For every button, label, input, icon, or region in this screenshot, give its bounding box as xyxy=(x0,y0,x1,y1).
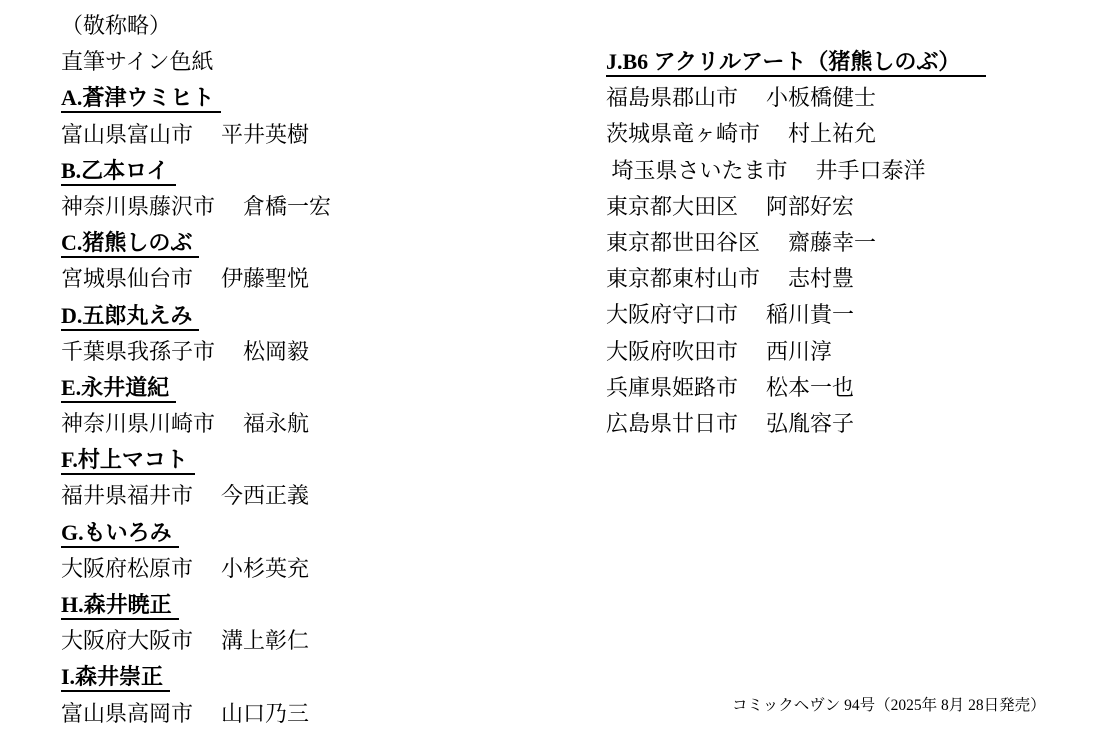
winner-name: 伊藤聖悦 xyxy=(221,266,309,291)
winner-place: 兵庫県姫路市 xyxy=(606,375,738,400)
winner-name: 今西正義 xyxy=(221,483,309,508)
prize-header-row: G.もいろみ xyxy=(61,515,331,551)
winner-name: 井手口泰洋 xyxy=(816,158,926,183)
winner-row: 大阪府守口市稲川貴一 xyxy=(606,297,986,333)
winner-place: 埼玉県さいたま市 xyxy=(606,158,788,183)
prize-header-row: C.猪熊しのぶ xyxy=(61,225,331,261)
acrylic-art-prize-label: J.B6 アクリルアート（猪熊しのぶ） xyxy=(606,48,986,77)
signed-shikishi-list: A.蒼津ウミヒト 富山県富山市平井英樹 B.乙本ロイ 神奈川県藤沢市倉橋一宏 C… xyxy=(61,80,331,731)
winner-place: 富山県富山市 xyxy=(61,122,193,147)
winner-row: 大阪府吹田市西川淳 xyxy=(606,334,986,370)
honorifics-note: （敬称略） xyxy=(61,8,331,44)
prize-label: I.森井崇正 xyxy=(61,663,170,692)
winner-row: 広島県廿日市弘胤容子 xyxy=(606,406,986,442)
winner-place: 福島県郡山市 xyxy=(606,85,738,110)
acrylic-art-header-row: J.B6 アクリルアート（猪熊しのぶ） xyxy=(606,44,986,80)
winner-place: 神奈川県藤沢市 xyxy=(61,194,215,219)
prize-header-row: D.五郎丸えみ xyxy=(61,298,331,334)
winner-row: 福島県郡山市小板橋健士 xyxy=(606,80,986,116)
prize-header-row: B.乙本ロイ xyxy=(61,153,331,189)
winner-row: 富山県高岡市山口乃三 xyxy=(61,696,331,732)
winner-row: 大阪府大阪市溝上彰仁 xyxy=(61,623,331,659)
prize-label: C.猪熊しのぶ xyxy=(61,229,199,258)
winner-name: 平井英樹 xyxy=(221,122,309,147)
magazine-issue-note: コミックヘヴン 94号（2025年 8月 28日発売） xyxy=(732,695,1046,717)
winner-place: 東京都大田区 xyxy=(606,194,738,219)
winner-row: 千葉県我孫子市松岡毅 xyxy=(61,334,331,370)
winner-row: 福井県福井市今西正義 xyxy=(61,478,331,514)
winner-row: 兵庫県姫路市松本一也 xyxy=(606,370,986,406)
prize-label: E.永井道紀 xyxy=(61,374,176,403)
winner-place: 神奈川県川崎市 xyxy=(61,411,215,436)
winner-name: 志村豊 xyxy=(788,266,854,291)
prize-header-row: I.森井崇正 xyxy=(61,659,331,695)
winner-name: 村上祐允 xyxy=(788,121,876,146)
prize-label: G.もいろみ xyxy=(61,519,179,548)
prize-header-row: H.森井暁正 xyxy=(61,587,331,623)
prize-label: A.蒼津ウミヒト xyxy=(61,84,221,113)
winner-row: 茨城県竜ヶ崎市村上祐允 xyxy=(606,116,986,152)
winner-name: 倉橋一宏 xyxy=(243,194,331,219)
winner-place: 富山県高岡市 xyxy=(61,701,193,726)
winner-place: 東京都世田谷区 xyxy=(606,230,760,255)
right-column: J.B6 アクリルアート（猪熊しのぶ） 福島県郡山市小板橋健士 茨城県竜ヶ崎市村… xyxy=(606,44,986,442)
prize-label: F.村上マコト xyxy=(61,446,195,475)
winner-place: 福井県福井市 xyxy=(61,483,193,508)
winner-row: 東京都東村山市志村豊 xyxy=(606,261,986,297)
winner-name: 福永航 xyxy=(243,411,309,436)
prize-header-row: F.村上マコト xyxy=(61,442,331,478)
winner-name: 松岡毅 xyxy=(243,339,309,364)
winner-name: 弘胤容子 xyxy=(766,411,854,436)
winner-name: 阿部好宏 xyxy=(766,194,854,219)
winner-row: 東京都世田谷区齋藤幸一 xyxy=(606,225,986,261)
winner-row: 大阪府松原市小杉英充 xyxy=(61,551,331,587)
left-column: （敬称略） 直筆サイン色紙 A.蒼津ウミヒト 富山県富山市平井英樹 B.乙本ロイ… xyxy=(61,8,331,732)
winner-name: 小板橋健士 xyxy=(766,85,876,110)
winner-place: 大阪府吹田市 xyxy=(606,339,738,364)
winner-place: 大阪府松原市 xyxy=(61,556,193,581)
winner-name: 山口乃三 xyxy=(221,701,309,726)
winner-place: 広島県廿日市 xyxy=(606,411,738,436)
prize-label: B.乙本ロイ xyxy=(61,157,176,186)
winner-name: 溝上彰仁 xyxy=(221,628,309,653)
document-page: （敬称略） 直筆サイン色紙 A.蒼津ウミヒト 富山県富山市平井英樹 B.乙本ロイ… xyxy=(0,0,1095,741)
winner-place: 大阪府守口市 xyxy=(606,302,738,327)
prize-label: D.五郎丸えみ xyxy=(61,302,199,331)
winner-name: 齋藤幸一 xyxy=(788,230,876,255)
winner-row: 富山県富山市平井英樹 xyxy=(61,117,331,153)
winner-place: 大阪府大阪市 xyxy=(61,628,193,653)
winner-name: 小杉英充 xyxy=(221,556,309,581)
winner-row: 埼玉県さいたま市井手口泰洋 xyxy=(606,153,986,189)
winner-place: 茨城県竜ヶ崎市 xyxy=(606,121,760,146)
winner-place: 宮城県仙台市 xyxy=(61,266,193,291)
prize-header-row: E.永井道紀 xyxy=(61,370,331,406)
winner-row: 東京都大田区阿部好宏 xyxy=(606,189,986,225)
winner-name: 西川淳 xyxy=(766,339,832,364)
winner-row: 神奈川県川崎市福永航 xyxy=(61,406,331,442)
winner-name: 松本一也 xyxy=(766,375,854,400)
winner-name: 稲川貴一 xyxy=(766,302,854,327)
winner-row: 神奈川県藤沢市倉橋一宏 xyxy=(61,189,331,225)
prize-label: H.森井暁正 xyxy=(61,591,179,620)
winner-place: 東京都東村山市 xyxy=(606,266,760,291)
winner-place: 千葉県我孫子市 xyxy=(61,339,215,364)
winner-row: 宮城県仙台市伊藤聖悦 xyxy=(61,261,331,297)
acrylic-art-winner-list: 福島県郡山市小板橋健士 茨城県竜ヶ崎市村上祐允 埼玉県さいたま市井手口泰洋 東京… xyxy=(606,80,986,442)
left-section-title: 直筆サイン色紙 xyxy=(61,44,331,80)
prize-header-row: A.蒼津ウミヒト xyxy=(61,80,331,116)
